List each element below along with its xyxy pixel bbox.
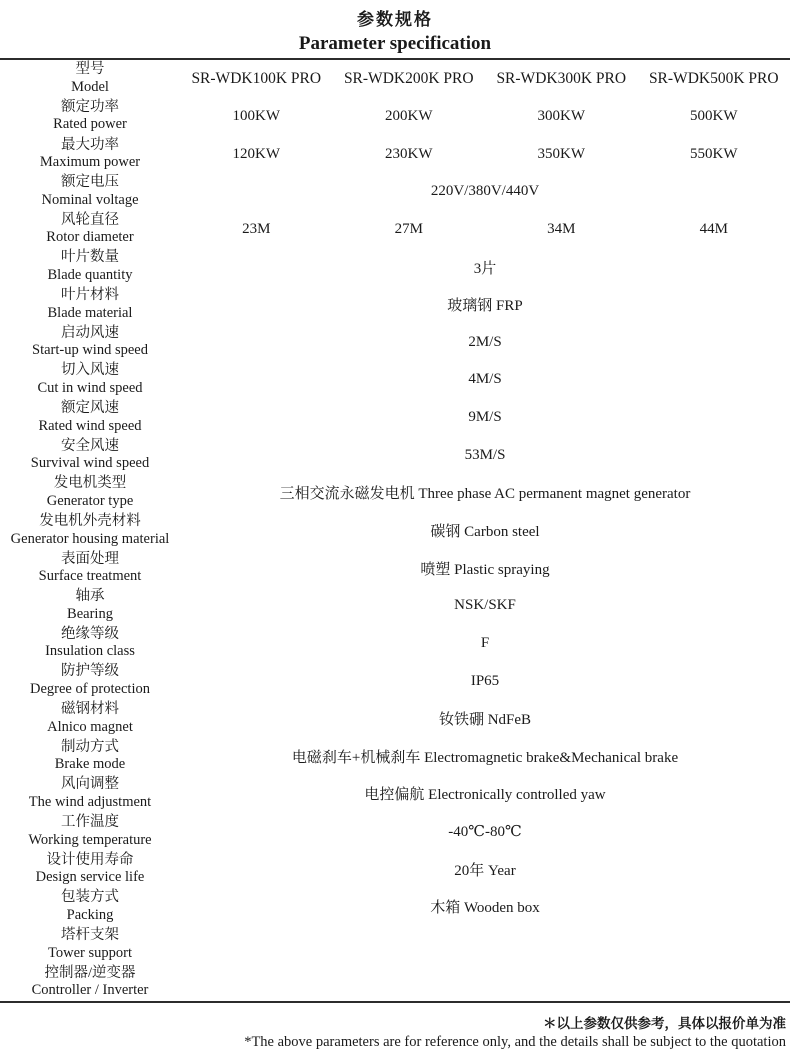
- row-label-en: Maximum power: [0, 154, 180, 172]
- row-label-zh: 塔杆支架: [0, 927, 180, 945]
- row-label-zh: 磁钢材料: [0, 701, 180, 719]
- row-label-zh: 设计使用寿命: [0, 852, 180, 870]
- row-label-zh: 叶片数量: [0, 249, 180, 267]
- cell-value: 300KW: [485, 108, 638, 125]
- cell-value-merged: NSK/SKF: [180, 597, 790, 614]
- row-label: 塔杆支架 Tower support: [0, 926, 180, 964]
- page-header: 参数规格 Parameter specification: [0, 0, 790, 58]
- row-label-en: Brake mode: [0, 756, 180, 774]
- row-label: 设计使用寿命 Design service life: [0, 850, 180, 888]
- row-values: 碳钢 Carbon steel: [180, 512, 790, 550]
- row-label-en: Controller / Inverter: [0, 982, 180, 1000]
- row-label: 表面处理 Surface treatment: [0, 549, 180, 587]
- table-row: 额定风速 Rated wind speed 9M/S: [0, 399, 790, 437]
- cell-value: 550KW: [638, 146, 790, 163]
- cell-value-merged: 4M/S: [180, 371, 790, 388]
- row-values: [180, 963, 790, 1001]
- cell-value-merged: 三相交流永磁发电机 Three phase AC permanent magne…: [180, 482, 790, 503]
- row-values: 电磁刹车+机械刹车 Electromagnetic brake&Mechanic…: [180, 738, 790, 776]
- row-values: 2M/S: [180, 323, 790, 361]
- row-label-zh: 风向调整: [0, 776, 180, 794]
- row-label-en: Model: [0, 79, 180, 97]
- row-label-en: Packing: [0, 907, 180, 925]
- row-label-en: Rated power: [0, 116, 180, 134]
- row-label: 工作温度 Working temperature: [0, 813, 180, 851]
- cell-value-merged: 木箱 Wooden box: [180, 896, 790, 917]
- row-label: 额定风速 Rated wind speed: [0, 399, 180, 437]
- row-label-zh: 绝缘等级: [0, 626, 180, 644]
- row-label-en: Nominal voltage: [0, 192, 180, 210]
- table-row: 绝缘等级 Insulation class F: [0, 625, 790, 663]
- row-label-zh: 制动方式: [0, 739, 180, 757]
- table-row: 额定电压 Nominal voltage 220V/380V/440V: [0, 173, 790, 211]
- row-values: 木箱 Wooden box: [180, 888, 790, 926]
- table-row: 安全风速 Survival wind speed 53M/S: [0, 436, 790, 474]
- row-label-zh: 最大功率: [0, 137, 180, 155]
- row-label-en: Bearing: [0, 606, 180, 624]
- row-label-en: Cut in wind speed: [0, 380, 180, 398]
- cell-value: SR-WDK200K PRO: [333, 70, 486, 88]
- row-values: 120KW230KW350KW550KW: [180, 135, 790, 173]
- row-label-zh: 叶片材料: [0, 287, 180, 305]
- row-label-zh: 控制器/逆变器: [0, 965, 180, 983]
- table-row: 磁钢材料 Alnico magnet 钕铁硼 NdFeB: [0, 700, 790, 738]
- row-label: 控制器/逆变器 Controller / Inverter: [0, 963, 180, 1001]
- footnote-zh: ＊以上参数仅供参考，具体以报价单为准: [0, 1014, 786, 1033]
- row-label: 风轮直径 Rotor diameter: [0, 211, 180, 249]
- cell-value: 27M: [333, 221, 486, 238]
- row-label-zh: 包装方式: [0, 889, 180, 907]
- cell-value-merged: IP65: [180, 673, 790, 690]
- row-label-en: Degree of protection: [0, 681, 180, 699]
- row-values: 3片: [180, 248, 790, 286]
- table-row: 防护等级 Degree of protection IP65: [0, 662, 790, 700]
- spec-sheet-page: 参数规格 Parameter specification 型号 Model SR…: [0, 0, 790, 1064]
- table-row: 最大功率 Maximum power 120KW230KW350KW550KW: [0, 135, 790, 173]
- page-title-zh: 参数规格: [0, 7, 790, 32]
- row-label: 包装方式 Packing: [0, 888, 180, 926]
- cell-value: SR-WDK100K PRO: [180, 70, 333, 88]
- row-label-zh: 启动风速: [0, 325, 180, 343]
- row-values: 9M/S: [180, 399, 790, 437]
- cell-value: SR-WDK500K PRO: [638, 70, 790, 88]
- table-row: 表面处理 Surface treatment 喷塑 Plastic sprayi…: [0, 549, 790, 587]
- cell-value-merged: 玻璃钢 FRP: [180, 294, 790, 315]
- row-label: 安全风速 Survival wind speed: [0, 436, 180, 474]
- table-row: 塔杆支架 Tower support: [0, 926, 790, 964]
- page-footer: ＊以上参数仅供参考，具体以报价单为准 *The above parameters…: [0, 1003, 790, 1064]
- row-values: 电控偏航 Electronically controlled yaw: [180, 775, 790, 813]
- row-label-en: Surface treatment: [0, 568, 180, 586]
- row-label-zh: 型号: [0, 61, 180, 79]
- row-label: 发电机类型 Generator type: [0, 474, 180, 512]
- row-label-zh: 风轮直径: [0, 212, 180, 230]
- table-row: 风向调整 The wind adjustment 电控偏航 Electronic…: [0, 775, 790, 813]
- row-values: 23M27M34M44M: [180, 211, 790, 249]
- row-values: 4M/S: [180, 361, 790, 399]
- row-label-en: Tower support: [0, 945, 180, 963]
- row-label: 制动方式 Brake mode: [0, 738, 180, 776]
- cell-value-merged: 9M/S: [180, 409, 790, 426]
- row-values: SR-WDK100K PROSR-WDK200K PROSR-WDK300K P…: [180, 60, 790, 98]
- row-label-en: The wind adjustment: [0, 794, 180, 812]
- cell-value-merged: 电磁刹车+机械刹车 Electromagnetic brake&Mechanic…: [180, 746, 790, 767]
- row-label-zh: 发电机外壳材料: [0, 513, 180, 531]
- row-label: 额定电压 Nominal voltage: [0, 173, 180, 211]
- table-row: 额定功率 Rated power 100KW200KW300KW500KW: [0, 98, 790, 136]
- table-row: 设计使用寿命 Design service life 20年 Year: [0, 850, 790, 888]
- row-values: 玻璃钢 FRP: [180, 286, 790, 324]
- cell-value: 230KW: [333, 146, 486, 163]
- cell-value-merged: 3片: [180, 257, 790, 278]
- table-row: 包装方式 Packing 木箱 Wooden box: [0, 888, 790, 926]
- row-label: 型号 Model: [0, 60, 180, 98]
- row-values: 220V/380V/440V: [180, 173, 790, 211]
- row-values: IP65: [180, 662, 790, 700]
- row-label: 叶片数量 Blade quantity: [0, 248, 180, 286]
- page-title-en: Parameter specification: [0, 32, 790, 56]
- row-values: NSK/SKF: [180, 587, 790, 625]
- cell-value-merged: 53M/S: [180, 447, 790, 464]
- cell-value-merged: 2M/S: [180, 334, 790, 351]
- row-label-en: Survival wind speed: [0, 455, 180, 473]
- row-label: 切入风速 Cut in wind speed: [0, 361, 180, 399]
- row-values: 20年 Year: [180, 850, 790, 888]
- cell-value-merged: F: [180, 635, 790, 652]
- cell-value-merged: 喷塑 Plastic spraying: [180, 558, 790, 579]
- row-values: 53M/S: [180, 436, 790, 474]
- row-label-en: Generator housing material: [0, 531, 180, 549]
- row-label-en: Working temperature: [0, 832, 180, 850]
- row-label: 最大功率 Maximum power: [0, 135, 180, 173]
- row-label: 防护等级 Degree of protection: [0, 662, 180, 700]
- row-label-zh: 额定功率: [0, 99, 180, 117]
- row-label-en: Design service life: [0, 869, 180, 887]
- row-label-zh: 发电机类型: [0, 475, 180, 493]
- parameter-table: 型号 Model SR-WDK100K PROSR-WDK200K PROSR-…: [0, 60, 790, 1001]
- cell-value-merged: 电控偏航 Electronically controlled yaw: [180, 783, 790, 804]
- row-values: [180, 926, 790, 964]
- cell-value: 23M: [180, 221, 333, 238]
- row-label: 额定功率 Rated power: [0, 98, 180, 136]
- table-row: 工作温度 Working temperature -40℃-80℃: [0, 813, 790, 851]
- cell-value: 34M: [485, 221, 638, 238]
- cell-value-merged: -40℃-80℃: [180, 822, 790, 841]
- table-row: 轴承 Bearing NSK/SKF: [0, 587, 790, 625]
- cell-value: 44M: [638, 221, 790, 238]
- table-row: 启动风速 Start-up wind speed 2M/S: [0, 323, 790, 361]
- row-label: 磁钢材料 Alnico magnet: [0, 700, 180, 738]
- table-row: 制动方式 Brake mode 电磁刹车+机械刹车 Electromagneti…: [0, 738, 790, 776]
- row-label: 风向调整 The wind adjustment: [0, 775, 180, 813]
- row-values: -40℃-80℃: [180, 813, 790, 851]
- row-label-zh: 安全风速: [0, 438, 180, 456]
- row-label-zh: 表面处理: [0, 551, 180, 569]
- cell-value: 200KW: [333, 108, 486, 125]
- row-label-en: Blade quantity: [0, 267, 180, 285]
- table-row: 控制器/逆变器 Controller / Inverter: [0, 963, 790, 1001]
- row-label: 叶片材料 Blade material: [0, 286, 180, 324]
- row-label: 轴承 Bearing: [0, 587, 180, 625]
- cell-value-merged: 碳钢 Carbon steel: [180, 520, 790, 541]
- row-label-zh: 轴承: [0, 588, 180, 606]
- cell-value: 120KW: [180, 146, 333, 163]
- cell-value: 100KW: [180, 108, 333, 125]
- row-label-en: Generator type: [0, 493, 180, 511]
- row-label-zh: 工作温度: [0, 814, 180, 832]
- row-label-zh: 额定电压: [0, 174, 180, 192]
- row-values: 100KW200KW300KW500KW: [180, 98, 790, 136]
- row-label-en: Rated wind speed: [0, 418, 180, 436]
- table-row: 发电机类型 Generator type 三相交流永磁发电机 Three pha…: [0, 474, 790, 512]
- row-values: 三相交流永磁发电机 Three phase AC permanent magne…: [180, 474, 790, 512]
- row-values: F: [180, 625, 790, 663]
- row-values: 钕铁硼 NdFeB: [180, 700, 790, 738]
- cell-value: 350KW: [485, 146, 638, 163]
- row-label-en: Alnico magnet: [0, 719, 180, 737]
- table-row: 风轮直径 Rotor diameter 23M27M34M44M: [0, 211, 790, 249]
- row-label-en: Insulation class: [0, 643, 180, 661]
- row-label-zh: 切入风速: [0, 362, 180, 380]
- table-row: 发电机外壳材料 Generator housing material 碳钢 Ca…: [0, 512, 790, 550]
- table-row: 型号 Model SR-WDK100K PROSR-WDK200K PROSR-…: [0, 60, 790, 98]
- table-row: 叶片数量 Blade quantity 3片: [0, 248, 790, 286]
- row-label-en: Blade material: [0, 305, 180, 323]
- row-label: 启动风速 Start-up wind speed: [0, 323, 180, 361]
- cell-value-merged: 220V/380V/440V: [180, 183, 790, 200]
- row-label-en: Rotor diameter: [0, 229, 180, 247]
- cell-value: 500KW: [638, 108, 790, 125]
- footnote-en: *The above parameters are for reference …: [0, 1033, 786, 1052]
- cell-value-merged: 20年 Year: [180, 859, 790, 880]
- row-label-zh: 额定风速: [0, 400, 180, 418]
- row-label-zh: 防护等级: [0, 663, 180, 681]
- row-values: 喷塑 Plastic spraying: [180, 549, 790, 587]
- row-label: 发电机外壳材料 Generator housing material: [0, 512, 180, 550]
- cell-value-merged: 钕铁硼 NdFeB: [180, 708, 790, 729]
- table-row: 切入风速 Cut in wind speed 4M/S: [0, 361, 790, 399]
- table-row: 叶片材料 Blade material 玻璃钢 FRP: [0, 286, 790, 324]
- cell-value: SR-WDK300K PRO: [485, 70, 638, 88]
- row-label: 绝缘等级 Insulation class: [0, 625, 180, 663]
- row-label-en: Start-up wind speed: [0, 342, 180, 360]
